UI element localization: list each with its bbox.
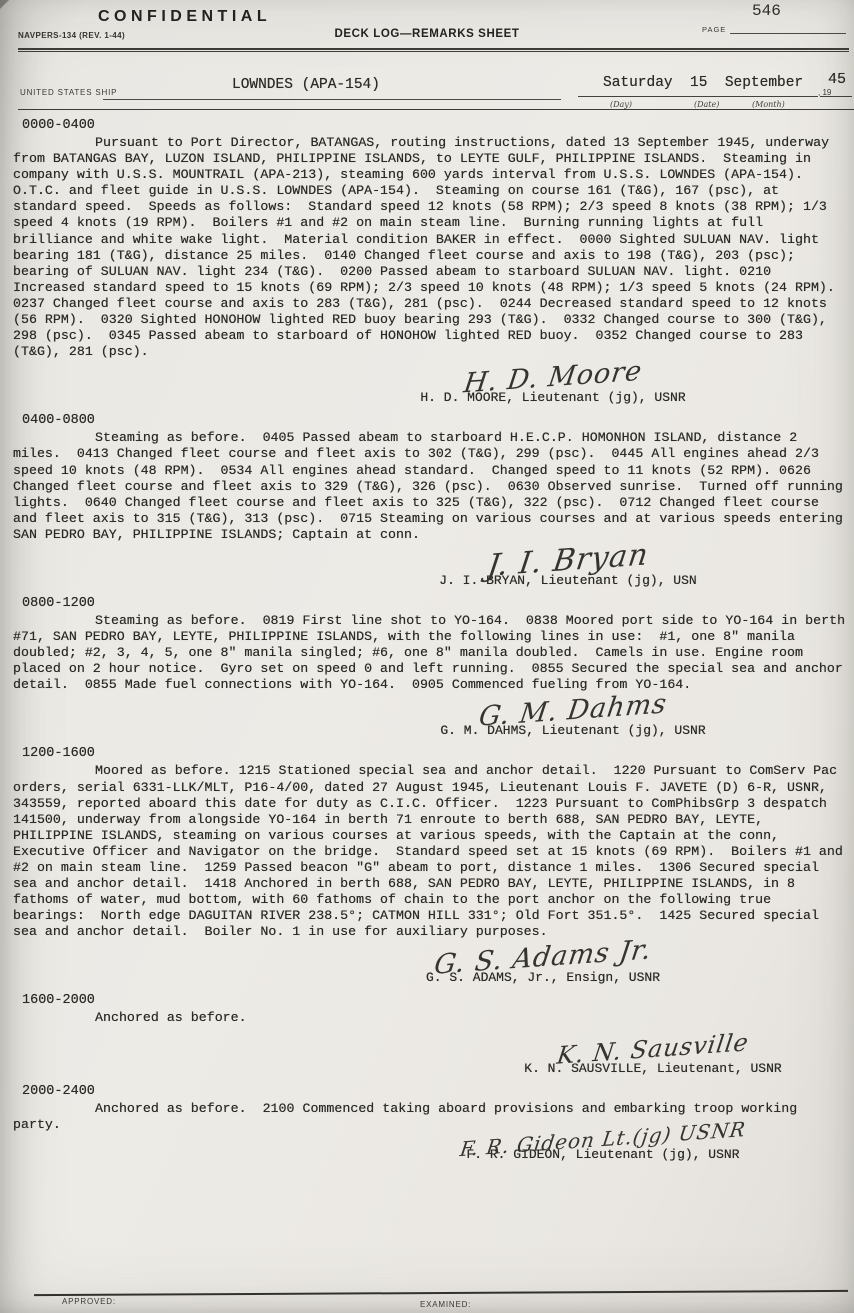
date-fields: Saturday 15 September <box>603 75 803 91</box>
page-number: 546 <box>752 2 781 20</box>
entry-time-range: 1200-1600 <box>22 746 846 761</box>
classification-stamp: CONFIDENTIAL <box>98 8 271 26</box>
examined-label: EXAMINED: <box>420 1300 471 1309</box>
log-entry: 1200-1600 Moored as before. 1215 Station… <box>13 746 846 985</box>
approved-label: APPROVED: <box>62 1297 116 1306</box>
year-value: 45 <box>828 71 846 88</box>
signature-block: J. I. Bryan J. I. BRYAN, Lieutenant (jg)… <box>398 547 738 588</box>
entry-remarks-text: Steaming as before. 0405 Passed abeam to… <box>13 430 846 543</box>
log-entry: 2000-2400 Anchored as before. 2100 Comme… <box>13 1084 846 1162</box>
day-sublabel: (Day) <box>610 100 632 109</box>
ship-label: UNITED STATES SHIP <box>20 88 117 97</box>
ship-name: LOWNDES (APA-154) <box>232 77 380 93</box>
document-title: DECK LOG—REMARKS SHEET <box>0 28 854 40</box>
ship-name-line <box>103 99 561 100</box>
entry-time-range: 2000-2400 <box>22 1084 846 1099</box>
entry-time-range: 1600-2000 <box>22 993 846 1008</box>
scan-corner-artifact <box>0 0 9 9</box>
signature-block: G. S. Adams Jr. G. S. ADAMS, Jr., Ensign… <box>373 944 713 985</box>
log-entry: 1600-2000 Anchored as before. K. N. Saus… <box>13 993 846 1075</box>
entry-remarks-text: Pursuant to Port Director, BATANGAS, rou… <box>13 135 846 360</box>
entry-time-range: 0800-1200 <box>22 596 846 611</box>
signature-block: H. D. Moore H. D. MOORE, Lieutenant (jg)… <box>383 364 723 405</box>
signature-block: G. M. Dahms G. M. DAHMS, Lieutenant (jg)… <box>403 697 743 738</box>
log-entry: 0800-1200 Steaming as before. 0819 First… <box>13 596 846 738</box>
date-sublabel: (Date) <box>694 100 719 109</box>
header-rule <box>18 109 854 110</box>
log-entries: 0000-0400 Pursuant to Port Director, BAT… <box>0 113 854 1162</box>
header-double-rule <box>18 48 849 52</box>
footer-rule <box>34 1290 848 1296</box>
signature-block: F. R. Gideon Lt.(jg) USNR F. R. GIDEON, … <box>433 1129 773 1162</box>
deck-log-page: CONFIDENTIAL 546 PAGE NAVPERS-134 (REV. … <box>0 0 854 1313</box>
log-entry: 0400-0800 Steaming as before. 0405 Passe… <box>13 413 846 588</box>
entry-remarks-text: Steaming as before. 0819 First line shot… <box>13 613 846 693</box>
log-entry: 0000-0400 Pursuant to Port Director, BAT… <box>13 118 846 405</box>
date-line <box>578 96 818 97</box>
entry-remarks-text: Anchored as before. <box>13 1010 846 1026</box>
month-sublabel: (Month) <box>752 100 785 109</box>
entry-time-range: 0000-0400 <box>22 118 846 133</box>
year-line <box>820 96 852 97</box>
entry-remarks-text: Moored as before. 1215 Stationed special… <box>13 763 846 940</box>
signature-block: K. N. Sausville K. N. SAUSVILLE, Lieuten… <box>483 1035 823 1076</box>
entry-time-range: 0400-0800 <box>22 413 846 428</box>
